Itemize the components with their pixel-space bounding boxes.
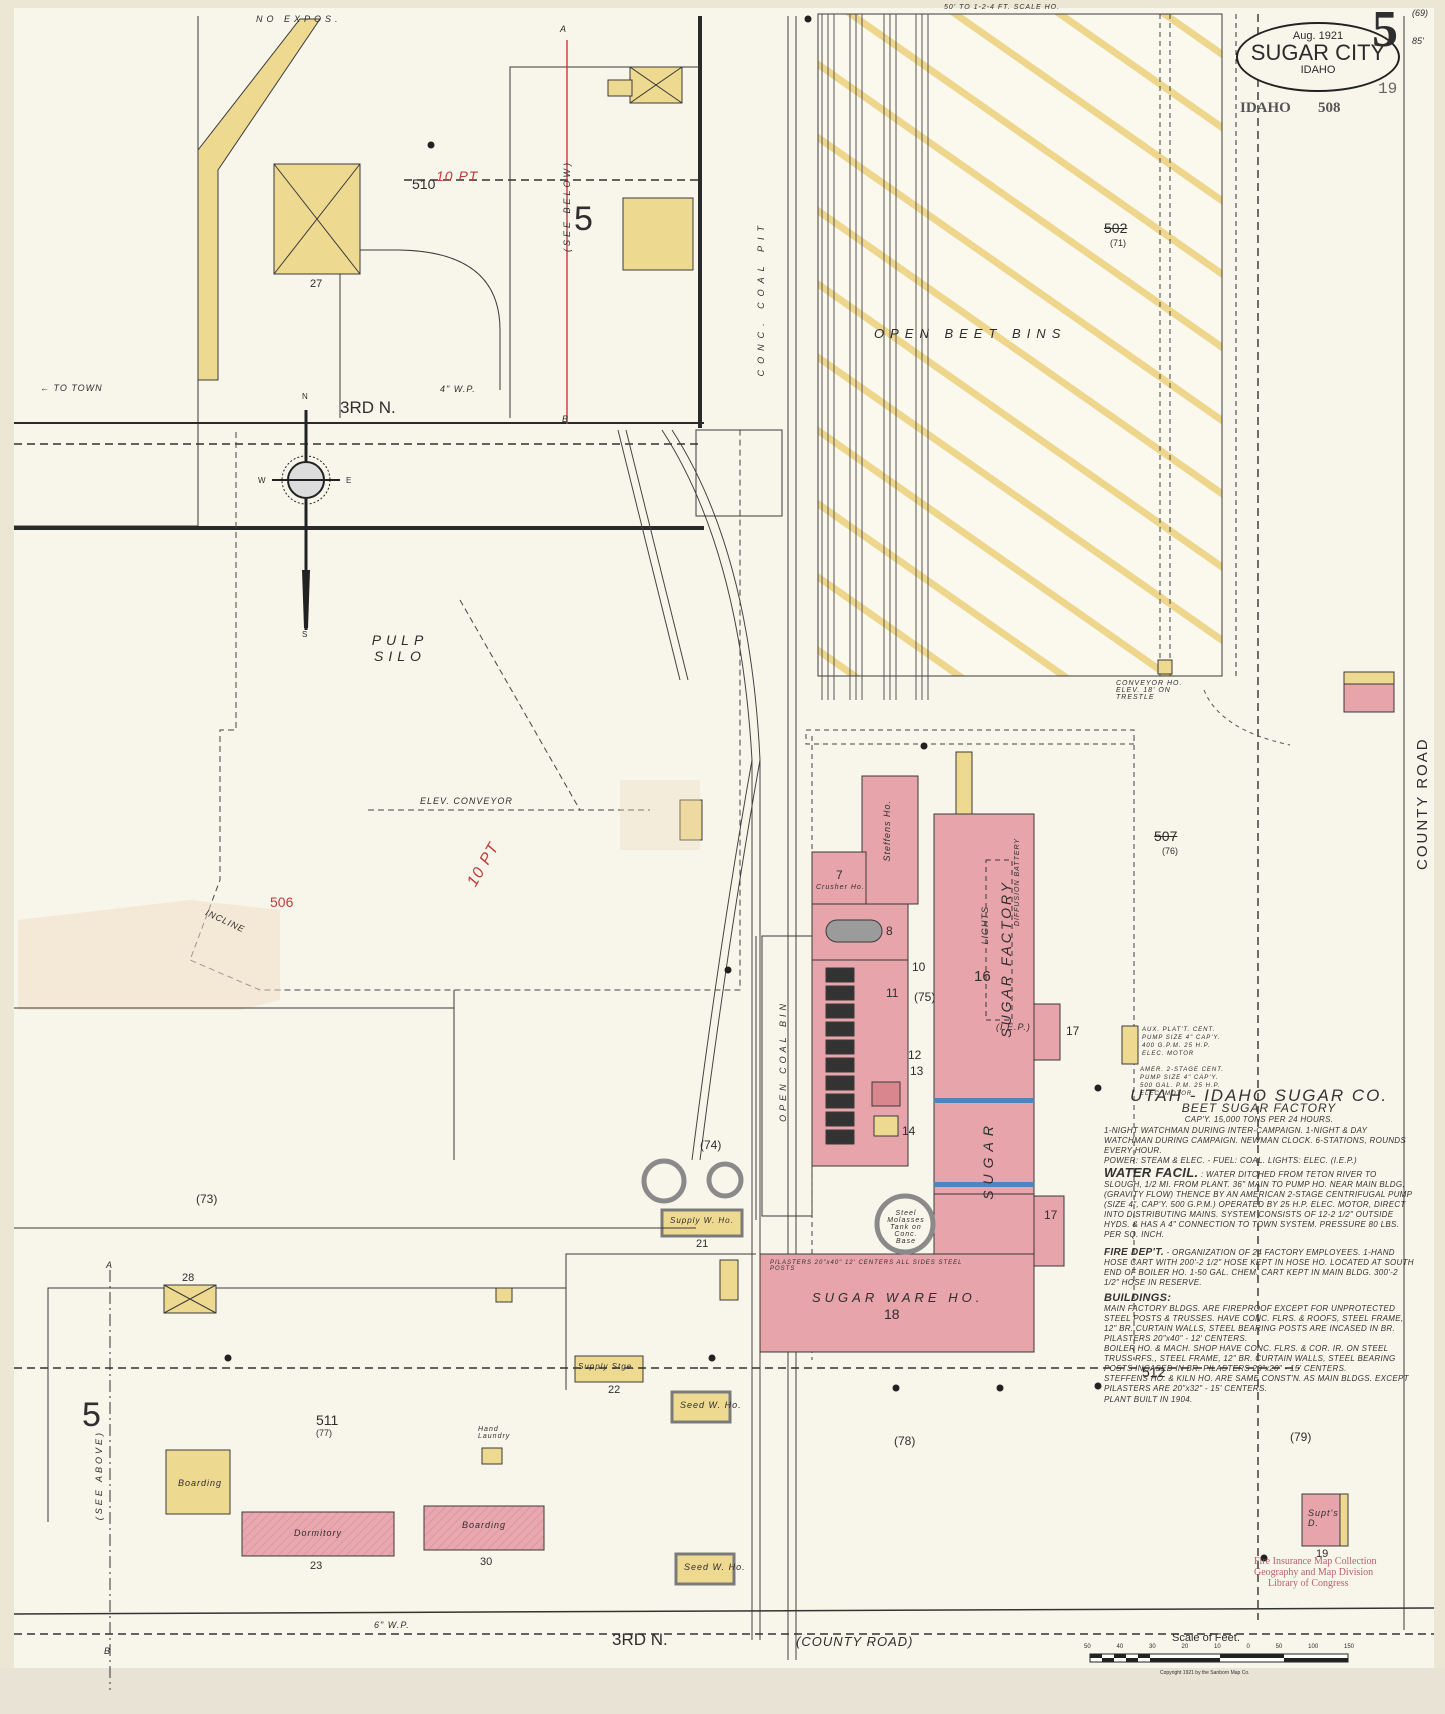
pulp-silo-label: PULP SILO: [370, 632, 430, 664]
map-state: IDAHO: [1238, 64, 1398, 76]
aux-pump-note: AUX. PLAT'T. CENT. PUMP SIZE 4" CAP'Y. 4…: [1142, 1026, 1224, 1058]
block-502-sub: (71): [1110, 238, 1126, 248]
conc-coal-pit-label: CONC. COAL PIT: [756, 220, 766, 376]
scale-title: Scale of Feet.: [1172, 1632, 1240, 1644]
plant-built: PLANT BUILT IN 1904.: [1104, 1394, 1414, 1406]
factory-capacity: CAP'Y. 15,000 TONS PER 24 HOURS.: [1104, 1114, 1414, 1126]
open-beet-bins: [818, 14, 1222, 700]
factory-description: UTAH - IDAHO SUGAR CO. BEET SUGAR FACTOR…: [1104, 1090, 1414, 1406]
open-beet-bins-label: OPEN BEET BINS: [874, 326, 1066, 341]
library-stamp: Fire Insurance Map Collection Geography …: [1254, 1556, 1376, 1589]
watchman-note: 1-NIGHT WATCHMAN DURING INTER-CAMPAIGN. …: [1104, 1126, 1414, 1156]
hand-laundry-label: Hand Laundry: [478, 1426, 508, 1440]
block-507-label: 507: [1154, 828, 1177, 844]
compass-e: E: [346, 476, 351, 485]
seed-wh-2-label: Seed W. Ho.: [684, 1562, 746, 1572]
crusher-label: Crusher Ho.: [816, 884, 865, 891]
buildings-heading: BUILDINGS:: [1104, 1292, 1414, 1304]
block-506-label: 506: [270, 894, 293, 910]
supply-stge-label: Supply Stge.: [578, 1362, 635, 1371]
compass-n: N: [302, 392, 308, 401]
section-mark-a-top: A: [560, 24, 567, 34]
building-8-number: 8: [886, 924, 893, 938]
building-28-number: 28: [182, 1272, 194, 1284]
elev-conveyor-label: ELEV. CONVEYOR: [420, 796, 513, 806]
seed-wh-1-label: Seed W. Ho.: [680, 1400, 742, 1410]
block-78-label: (78): [894, 1434, 915, 1448]
scale-ticks: 5040302010050100150: [1084, 1644, 1354, 1650]
to-town-label: ← TO TOWN: [40, 383, 103, 393]
street-3rd-north: 3RD N.: [340, 398, 396, 418]
open-coal-bin-label: OPEN COAL BIN: [778, 1000, 788, 1122]
building-30-number: 30: [480, 1556, 492, 1568]
block-510-label: 510: [412, 176, 435, 192]
steffens-label: Steffens Ho.: [882, 800, 892, 862]
building-23-number: 23: [310, 1560, 322, 1572]
molasses-tank-label: Steel Molasses Tank on Conc. Base: [884, 1210, 928, 1245]
supts-label: Supt's D.: [1308, 1508, 1338, 1528]
iep-label: (I.E.P.): [996, 1022, 1031, 1032]
section-mark-b-bottom: B: [104, 1646, 111, 1656]
fire-heading: FIRE DEP'T.: [1104, 1247, 1164, 1258]
building-14-number: 14: [902, 1124, 915, 1138]
building-21-number: 21: [696, 1238, 708, 1250]
no-expos-label: NO EXPOS.: [256, 14, 342, 24]
dormitory-label: Dormitory: [294, 1528, 342, 1538]
conveyor-ho-label: CONVEYOR HO. ELEV. 18' ON TRESTLE: [1116, 680, 1200, 701]
diffusion-label: DIFFUSION BATTERY: [1014, 838, 1021, 926]
building-18-number: 18: [884, 1306, 900, 1322]
factory-number: 16: [974, 968, 991, 985]
county-road-note: (COUNTY ROAD): [796, 1634, 913, 1649]
block-79-label: (79): [1290, 1430, 1311, 1444]
volume-number: 508: [1318, 100, 1341, 117]
compass-s: S: [302, 630, 307, 639]
block-502-label: 502: [1104, 220, 1127, 236]
state-volume: IDAHO: [1240, 100, 1291, 117]
water-main-south: 6" W.P.: [374, 1620, 410, 1630]
building-27-number: 27: [310, 278, 322, 290]
building-11-number: 11: [886, 986, 898, 1000]
building-7-number: 7: [836, 868, 843, 882]
block-511-sub: (77): [316, 1428, 332, 1438]
section-mark-b-top: B: [562, 414, 569, 424]
scale-house-label: 50' TO 1-2-4 FT. SCALE HO.: [944, 4, 1060, 11]
see-below-label: (SEE BELOW): [562, 160, 572, 252]
building-22-number: 22: [608, 1384, 620, 1396]
building-27: [274, 164, 360, 274]
corner-note-2: 85': [1412, 36, 1424, 46]
pilasters-note: PILASTERS 20"x40" 12' CENTERS ALL SIDES …: [770, 1260, 970, 1272]
block-511-label: 511: [316, 1412, 338, 1428]
buildings-note-2: BOILER HO. & MACH. SHOP HAVE CONC. FLRS.…: [1104, 1344, 1414, 1374]
buildings-note-1: MAIN FACTORY BLDGS. ARE FIREPROOF EXCEPT…: [1104, 1304, 1414, 1344]
building-28: [164, 1285, 216, 1313]
corner-note-1: (69): [1412, 8, 1428, 18]
sheet-reference-5-top: 5: [574, 200, 593, 239]
sugar-label: SUGAR: [980, 1120, 996, 1200]
county-road-label: COUNTY ROAD: [1414, 620, 1431, 870]
scale-bar: [1090, 1654, 1348, 1662]
boarding-1-label: Boarding: [178, 1478, 222, 1488]
section-mark-a-bottom: A: [106, 1260, 113, 1270]
stamped-number: 19: [1378, 80, 1397, 98]
supply-wh-label: Supply W. Ho.: [670, 1216, 734, 1225]
lights-label: LIGHTS: [980, 906, 990, 945]
water-heading: WATER FACIL.: [1104, 1165, 1198, 1180]
block-75-label: (75): [914, 990, 935, 1004]
water-note: : WATER DITCHED FROM TETON RIVER TO SLOU…: [1104, 1170, 1412, 1239]
buildings-note-3: STEFFENS HO. & KILN HO. ARE SAME CONST'N…: [1104, 1374, 1414, 1394]
boarding-2-label: Boarding: [462, 1520, 506, 1530]
factory-label: SUGAR FACTORY: [998, 880, 1014, 1038]
street-3rd-north-south: 3RD N.: [612, 1630, 668, 1650]
sheet-number: 5: [1372, 0, 1398, 59]
building-16-number: 17: [1066, 1024, 1079, 1038]
building-12-number: 12: [908, 1048, 921, 1062]
water-main-label: 4" W.P.: [440, 384, 476, 394]
building-10-number: 10: [912, 960, 925, 974]
block-510-annotation: 10 PT: [436, 168, 478, 184]
copyright: Copyright 1921 by the Sanborn Map Co.: [1160, 1670, 1250, 1676]
block-73-label: (73): [196, 1192, 217, 1206]
building-13-number: 13: [910, 1064, 923, 1078]
compass-w: W: [258, 476, 266, 485]
see-above-label: (SEE ABOVE): [94, 1430, 104, 1520]
office-number: 17: [1044, 1208, 1057, 1222]
sugar-ware-label: SUGAR WARE HO.: [812, 1290, 983, 1305]
block-74-label: (74): [700, 1138, 721, 1152]
block-507-sub: (76): [1162, 846, 1178, 856]
sanborn-map-sheet: [0, 0, 1445, 1714]
